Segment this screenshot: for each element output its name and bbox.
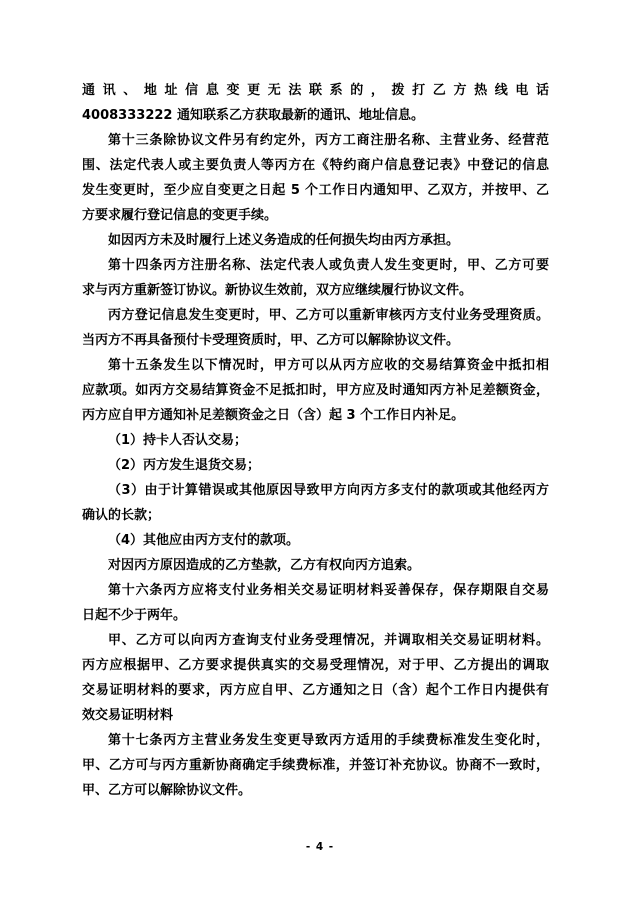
text-line: 通讯、地址信息变更无法联系的，拨打乙方热线电话: [82, 78, 549, 103]
text-line: 甲、乙方可与丙方重新协商确定手续费标准，并签订补充协议。协商不一致时，: [82, 753, 549, 778]
text-line: 应款项。如丙方交易结算资金不足抵扣时，甲方应及时通知丙方补足差额资金，: [82, 378, 549, 403]
text-line: 对因丙方原因造成的乙方垫款，乙方有权向丙方追索。: [82, 553, 549, 578]
text-line: 丙方登记信息发生变更时，甲、乙方可以重新审核丙方支付业务受理资质。: [82, 303, 549, 328]
text-line: （2）丙方发生退货交易；: [82, 453, 549, 478]
text-line: 第十六条丙方应将支付业务相关交易证明材料妥善保存，保存期限自交易: [82, 578, 549, 603]
text-line: （1）持卡人否认交易；: [82, 428, 549, 453]
text-line: 当丙方不再具备预付卡受理资质时，甲、乙方可以解除协议文件。: [82, 328, 549, 353]
text-line: （3）由于计算错误或其他原因导致甲方向丙方多支付的款项或其他经丙方: [82, 478, 549, 503]
text-line: 丙方应自甲方通知补足差额资金之日（含）起 3 个工作日内补足。: [82, 403, 549, 428]
text-line: 确认的长款；: [82, 503, 549, 528]
text-line: 丙方应根据甲、乙方要求提供真实的交易受理情况，对于甲、乙方提出的调取: [82, 653, 549, 678]
text-line: 第十五条发生以下情况时，甲方可以从丙方应收的交易结算资金中抵扣相: [82, 353, 549, 378]
text-line: 求与丙方重新签订协议。新协议生效前，双方应继续履行协议文件。: [82, 278, 549, 303]
text-line: 如因丙方未及时履行上述义务造成的任何损失均由丙方承担。: [82, 228, 549, 253]
text-line: 发生变更时，至少应自变更之日起 5 个工作日内通知甲、乙双方，并按甲、乙: [82, 178, 549, 203]
text-line: 交易证明材料的要求，丙方应自甲、乙方通知之日（含）起个工作日内提供有: [82, 678, 549, 703]
text-line: 第十七条丙方主营业务发生变更导致丙方适用的手续费标准发生变化时，: [82, 728, 549, 753]
text-line: 第十三条除协议文件另有约定外，丙方工商注册名称、主营业务、经营范: [82, 128, 549, 153]
text-line: 围、法定代表人或主要负责人等丙方在《特约商户信息登记表》中登记的信息: [82, 153, 549, 178]
document-page: 通讯、地址信息变更无法联系的，拨打乙方热线电话4008333222 通知联系乙方…: [0, 0, 640, 905]
page-number: - 4 -: [0, 835, 640, 860]
text-line: 4008333222 通知联系乙方获取最新的通讯、地址信息。: [82, 103, 549, 128]
text-line: （4）其他应由丙方支付的款项。: [82, 528, 549, 553]
text-line: 效交易证明材料: [82, 703, 549, 728]
text-line: 第十四条丙方注册名称、法定代表人或负责人发生变更时，甲、乙方可要: [82, 253, 549, 278]
document-body: 通讯、地址信息变更无法联系的，拨打乙方热线电话4008333222 通知联系乙方…: [82, 78, 549, 803]
text-line: 日起不少于两年。: [82, 603, 549, 628]
text-line: 甲、乙方可以解除协议文件。: [82, 778, 549, 803]
text-line: 甲、乙方可以向丙方查询支付业务受理情况，并调取相关交易证明材料。: [82, 628, 549, 653]
text-line: 方要求履行登记信息的变更手续。: [82, 203, 549, 228]
